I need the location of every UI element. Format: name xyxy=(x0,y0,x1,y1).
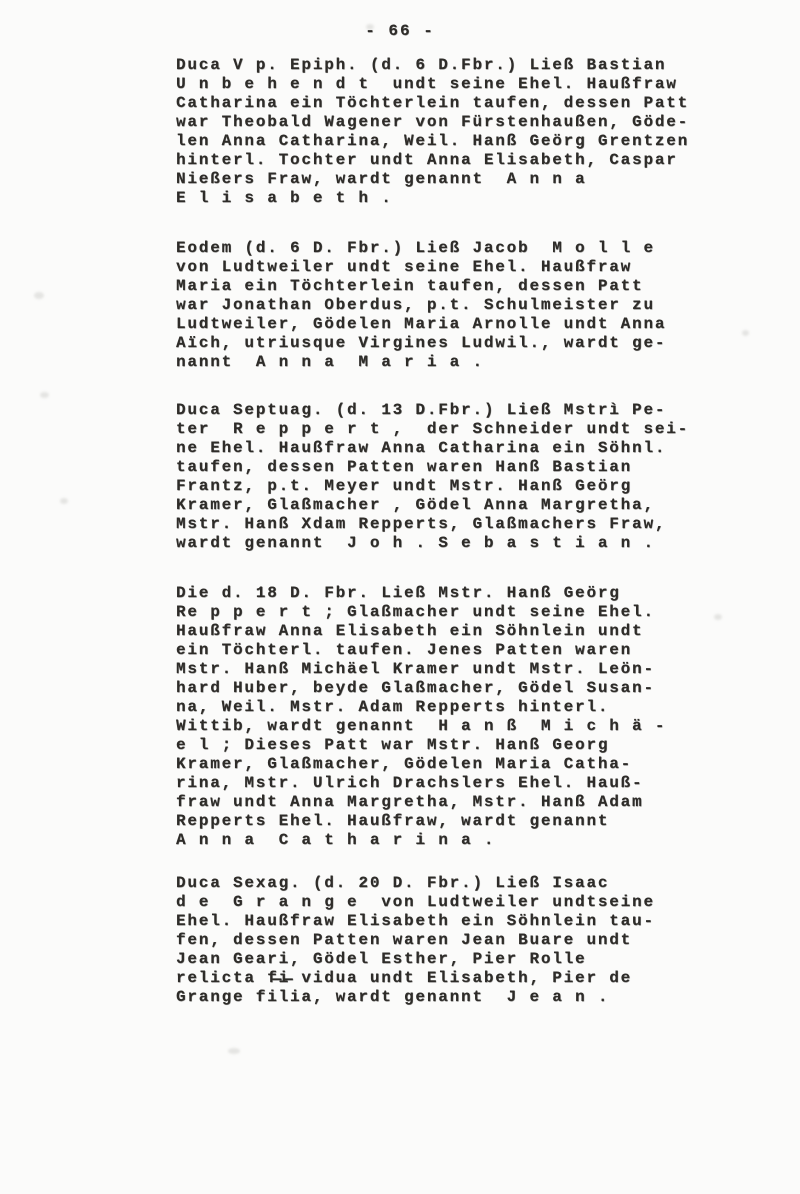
baptism-entry-joh-sebastian: Duca Septuag. (d. 13 D.Fbr.) Ließ Mstrì … xyxy=(176,401,689,553)
scan-speckle xyxy=(34,292,44,299)
scan-speckle xyxy=(366,24,374,30)
baptism-entry-anna-elisabeth: Duca V p. Epiph. (d. 6 D.Fbr.) Ließ Bast… xyxy=(176,56,689,208)
page-number: - 66 - xyxy=(0,22,800,40)
baptism-entry-anna-maria: Eodem (d. 6 D. Fbr.) Ließ Jacob M o l l … xyxy=(176,239,666,372)
scan-speckle xyxy=(228,1048,240,1054)
baptism-entry-hanss-michael-and-anna-catharina: Die d. 18 D. Fbr. Ließ Mstr. Hanß Geörg … xyxy=(176,584,666,850)
scan-speckle xyxy=(742,330,749,336)
baptism-entry-jean: Duca Sexag. (d. 20 D. Fbr.) Ließ Isaac d… xyxy=(176,874,655,1007)
scan-speckle xyxy=(714,614,722,620)
scan-speckle xyxy=(60,498,68,504)
scan-speckle xyxy=(40,392,49,398)
scanned-register-page: - 66 - Duca V p. Epiph. (d. 6 D.Fbr.) Li… xyxy=(0,0,800,1194)
